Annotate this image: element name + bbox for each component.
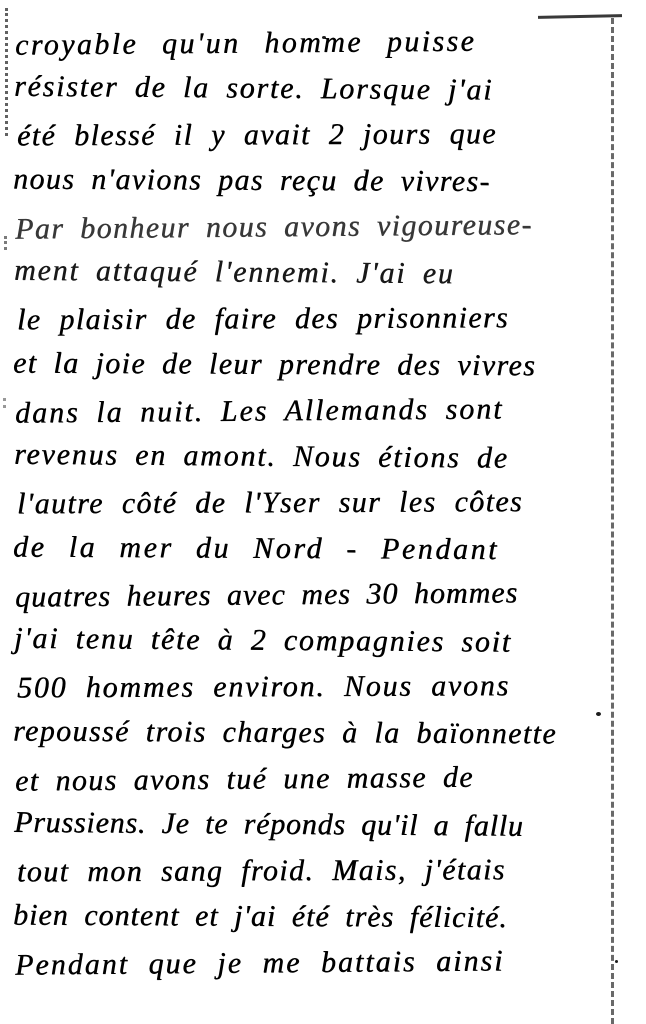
handwritten-line: repoussé trois charges à la baïonnette [13, 708, 605, 757]
handwritten-line: bien content et j'ai été très félicité. [13, 892, 605, 941]
handwritten-line: et nous avons tué une masse de [15, 753, 607, 804]
scanned-letter-page: croyable qu'un homme puisse résister de … [0, 0, 646, 1024]
handwritten-line: 500 hommes environ. Nous avons [17, 663, 609, 712]
page-scan-edge-right [611, 18, 614, 1024]
handwritten-line: nous n'avions pas reçu de vivres- [13, 156, 605, 205]
scan-noise-speck [615, 960, 618, 963]
handwritten-line: résister de la sorte. Lorsque j'ai [14, 64, 606, 115]
handwritten-line: Pendant que je me battais ainsi [15, 937, 607, 988]
handwritten-line: l'autre côté de l'Yser sur les côtes [17, 479, 609, 528]
handwritten-line: revenus en amont. Nous étions de [14, 432, 606, 483]
handwritten-line: croyable qu'un homme puisse [15, 17, 607, 68]
handwritten-line: tout mon sang froid. Mais, j'étais [17, 847, 609, 896]
page-scan-edge-left-mark [4, 236, 7, 250]
handwritten-line: j'ai tenu tête à 2 compagnies soit [14, 616, 606, 667]
handwritten-line: de la mer du Nord - Pendant [13, 524, 605, 573]
handwritten-line: Par bonheur nous avons vigoureuse- [15, 201, 607, 252]
handwritten-line: ment attaqué l'ennemi. J'ai eu [14, 248, 606, 299]
page-scan-edge-left-mark [3, 398, 6, 408]
page-scan-edge-left [5, 8, 8, 136]
handwritten-line: et la joie de leur prendre des vivres [13, 340, 605, 389]
handwritten-line: le plaisir de faire des prisonniers [17, 295, 609, 344]
handwritten-line: dans la nuit. Les Allemands sont [15, 385, 607, 436]
handwritten-line: été blessé il y avait 2 jours que [17, 111, 609, 160]
handwritten-line: quatres heures avec mes 30 hommes [15, 569, 607, 620]
handwritten-line: Prussiens. Je te réponds qu'il a fallu [14, 800, 606, 851]
letter-body: croyable qu'un homme puisse résister de … [14, 20, 606, 986]
